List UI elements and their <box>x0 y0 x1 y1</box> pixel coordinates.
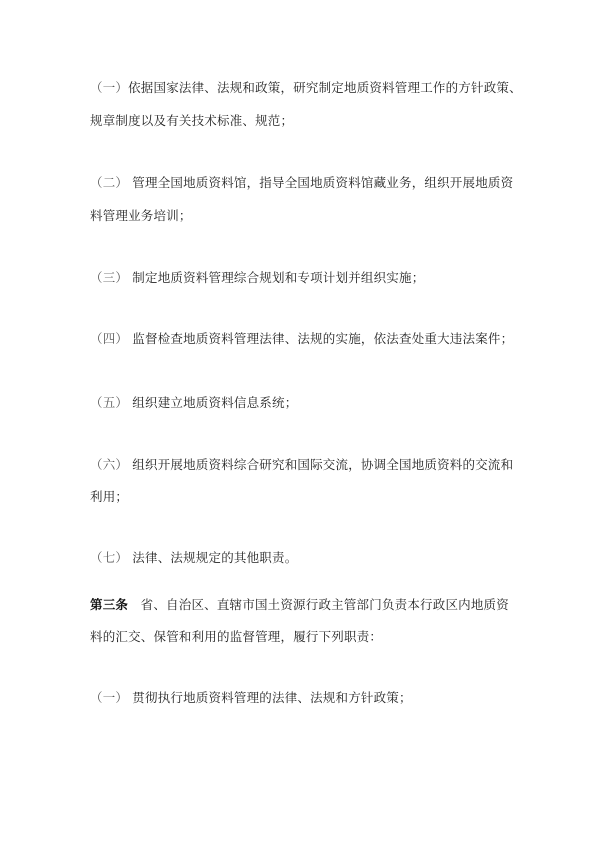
paragraph-6-line-2: 利用； <box>90 487 128 505</box>
item-number: （四） <box>90 331 128 346</box>
paragraph-2-line-1: （二） 管理全国地质资料馆，指导全国地质资料馆藏业务，组织开展地质资 <box>90 173 513 191</box>
item-number: （一） <box>90 690 128 705</box>
paragraph-1-line-2: 规章制度以及有关技术标准、规范； <box>90 111 293 129</box>
paragraph-2-line-2: 料管理业务培训； <box>90 206 192 224</box>
paragraph-5: （五） 组织建立地质资料信息系统； <box>90 393 297 411</box>
item-number: （七） <box>90 550 128 565</box>
item-number: （六） <box>90 457 128 472</box>
paragraph-4: （四） 监督检查地质资料管理法律、法规的实施，依法查处重大违法案件； <box>90 329 513 347</box>
item-number: （二） <box>90 175 128 190</box>
item-number: （一） <box>90 80 128 95</box>
item-number: （五） <box>90 395 128 410</box>
paragraph-7: （七） 法律、法规规定的其他职责。 <box>90 548 297 566</box>
paragraph-1-line-1: （一）依据国家法律、法规和政策，研究制定地质资料管理工作的方针政策、 <box>90 78 522 96</box>
paragraph-6-line-1: （六） 组织开展地质资料综合研究和国际交流，协调全国地质资料的交流和 <box>90 455 513 473</box>
article-3-line-2: 料的汇交、保管和利用的监督管理，履行下列职责： <box>90 627 382 645</box>
sub-paragraph-1: （一） 贯彻执行地质资料管理的法律、法规和方针政策； <box>90 688 412 706</box>
item-number: （三） <box>90 270 128 285</box>
article-title: 第三条 <box>90 597 128 612</box>
paragraph-3: （三） 制定地质资料管理综合规划和专项计划并组织实施； <box>90 268 424 286</box>
article-3-line-1: 第三条 省、自治区、直辖市国土资源行政主管部门负责本行政区内地质资 <box>90 595 509 613</box>
